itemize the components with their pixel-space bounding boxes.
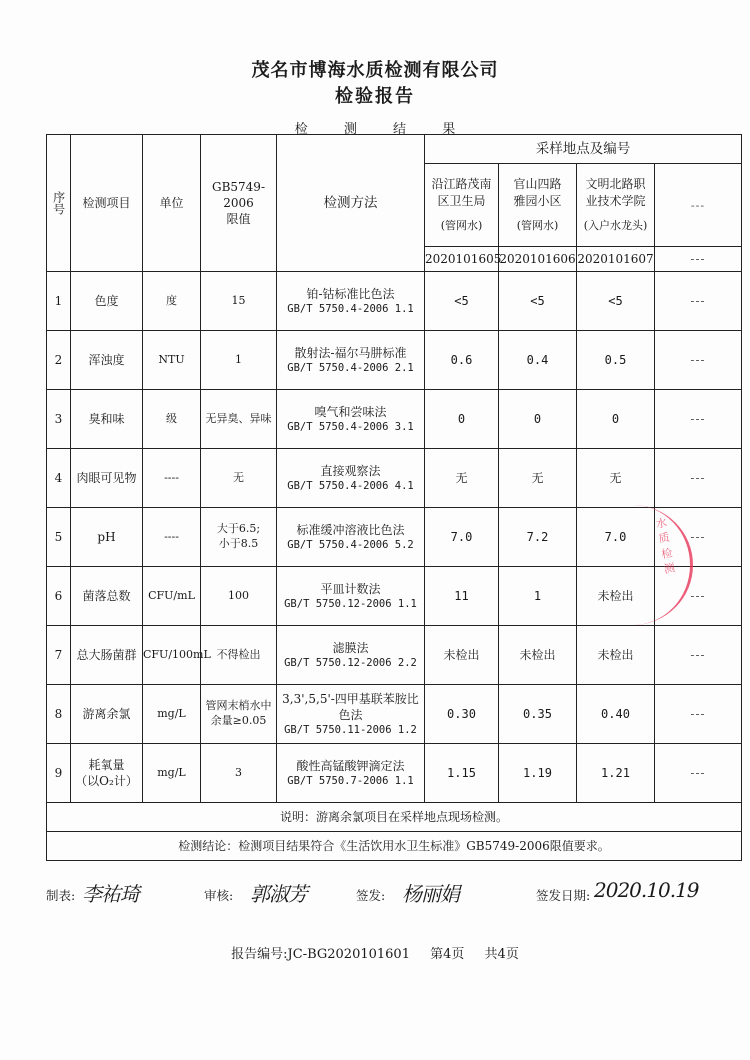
row-seq: 6 <box>47 567 71 626</box>
site-name-line2: 雅园小区 <box>499 193 576 209</box>
note: 说明：游离余氯项目在采样地点现场检测。 <box>47 803 742 832</box>
reviewed-signature: 郭淑芳 <box>250 878 307 907</box>
row-item: 浑浊度 <box>71 331 143 390</box>
site-header: 沿江路茂南区卫生局(管网水) <box>425 164 499 247</box>
result-value: 0.35 <box>499 685 577 744</box>
row-seq: 3 <box>47 390 71 449</box>
limit-line1: 不得检出 <box>201 648 276 663</box>
report-number: 报告编号:JC-BG2020101601 <box>231 947 410 962</box>
header-item: 检测项目 <box>71 135 143 272</box>
sample-code: 2020101606 <box>499 247 577 272</box>
result-value: 1 <box>499 567 577 626</box>
header-limit: GB5749-2006 限值 <box>201 135 277 272</box>
result-value: --- <box>655 685 742 744</box>
site-name-line2: 区卫生局 <box>425 193 498 209</box>
result-value: 无 <box>425 449 499 508</box>
result-value: <5 <box>577 272 655 331</box>
company-name: 茂名市博海水质检测有限公司 <box>0 56 750 82</box>
site-header: 官山四路雅园小区(管网水) <box>499 164 577 247</box>
limit-line2: 余量≥0.05 <box>201 714 276 729</box>
result-value: 0.30 <box>425 685 499 744</box>
method-name: 嗅气和尝味法 <box>277 404 424 420</box>
result-value: --- <box>655 744 742 803</box>
site-name-line1: 沿江路茂南 <box>425 176 498 192</box>
row-unit: NTU <box>143 331 201 390</box>
site-name-line1: 文明北路职 <box>577 176 654 192</box>
item-name: 色度 <box>71 293 142 309</box>
row-unit: 度 <box>143 272 201 331</box>
header-sites-group: 采样地点及编号 <box>425 135 742 164</box>
page-number: 第4页 <box>430 947 464 962</box>
row-limit: 无异臭、异味 <box>201 390 277 449</box>
item-name: 耗氧量 <box>71 757 142 773</box>
footer: 报告编号:JC-BG2020101601 第4页 共4页 <box>0 943 750 962</box>
row-item: 菌落总数 <box>71 567 143 626</box>
row-limit: 管网末梢水中余量≥0.05 <box>201 685 277 744</box>
row-item: 耗氧量（以O₂计） <box>71 744 143 803</box>
site-placeholder: --- <box>691 199 705 212</box>
table-row: 4肉眼可见物----无直接观察法GB/T 5750.4-2006 4.1无无无-… <box>47 449 742 508</box>
result-value: 0.5 <box>577 331 655 390</box>
item-name: 浑浊度 <box>71 352 142 368</box>
method-standard: GB/T 5750.12-2006 1.1 <box>277 597 424 611</box>
header-limit-standard: GB5749-2006 <box>201 179 276 211</box>
method-name: 散射法-福尔马肼标准 <box>277 345 424 361</box>
site-header: 文明北路职业技术学院(入户水龙头) <box>577 164 655 247</box>
limit-line1: 无异臭、异味 <box>201 412 276 427</box>
row-unit: CFU/100mL <box>143 626 201 685</box>
reviewed-label: 审核: <box>204 886 233 904</box>
row-seq: 1 <box>47 272 71 331</box>
sample-code: 2020101607 <box>577 247 655 272</box>
site-name-line1: 官山四路 <box>499 176 576 192</box>
limit-line1: 100 <box>201 589 276 604</box>
row-seq: 9 <box>47 744 71 803</box>
result-value: 1.15 <box>425 744 499 803</box>
sample-code: 2020101605 <box>425 247 499 272</box>
limit-line1: 1 <box>201 353 276 368</box>
result-value: --- <box>655 449 742 508</box>
row-method: 直接观察法GB/T 5750.4-2006 4.1 <box>277 449 425 508</box>
table-row: 2浑浊度NTU1散射法-福尔马肼标准GB/T 5750.4-2006 2.10.… <box>47 331 742 390</box>
method-standard: GB/T 5750.7-2006 1.1 <box>277 774 424 788</box>
site-water-type: (入户水龙头) <box>577 219 654 234</box>
row-limit: 100 <box>201 567 277 626</box>
row-seq: 2 <box>47 331 71 390</box>
signature-line: 制表: 李祐琦 审核: 郭淑芳 签发: 杨丽娟 签发日期: 2020.10.19 <box>0 880 750 920</box>
result-value: --- <box>655 272 742 331</box>
sample-code: --- <box>655 247 742 272</box>
result-value: 0 <box>577 390 655 449</box>
prepared-label: 制表: <box>46 886 75 904</box>
result-value: 0.40 <box>577 685 655 744</box>
site-name-line2: 业技术学院 <box>577 193 654 209</box>
site-water-type: (管网水) <box>425 219 498 234</box>
result-value: 未检出 <box>499 626 577 685</box>
site-header: --- <box>655 164 742 247</box>
row-item: 总大肠菌群 <box>71 626 143 685</box>
row-limit: 不得检出 <box>201 626 277 685</box>
result-value: 7.0 <box>425 508 499 567</box>
row-limit: 15 <box>201 272 277 331</box>
result-value: 7.2 <box>499 508 577 567</box>
method-standard: GB/T 5750.4-2006 4.1 <box>277 479 424 493</box>
result-value: 1.19 <box>499 744 577 803</box>
row-item: 臭和味 <box>71 390 143 449</box>
row-seq: 8 <box>47 685 71 744</box>
table-row: 3臭和味级无异臭、异味嗅气和尝味法GB/T 5750.4-2006 3.1000… <box>47 390 742 449</box>
item-name: 臭和味 <box>71 411 142 427</box>
row-limit: 3 <box>201 744 277 803</box>
results-table: 序号 检测项目 单位 GB5749-2006 限值 检测方法 采样地点及编号 沿… <box>46 134 742 861</box>
row-unit: ---- <box>143 508 201 567</box>
page-total: 共4页 <box>485 947 519 962</box>
limit-line1: 3 <box>201 766 276 781</box>
item-name: 游离余氯 <box>71 706 142 722</box>
header-unit: 单位 <box>143 135 201 272</box>
result-value: 0.4 <box>499 331 577 390</box>
limit-line1: 无 <box>201 471 276 486</box>
method-name: 铂-钴标准比色法 <box>277 286 424 302</box>
limit-line1: 管网末梢水中 <box>201 699 276 714</box>
row-limit: 大于6.5;小于8.5 <box>201 508 277 567</box>
method-standard: GB/T 5750.4-2006 1.1 <box>277 302 424 316</box>
item-name: pH <box>71 529 142 545</box>
limit-line1: 大于6.5; <box>201 522 276 537</box>
row-seq: 7 <box>47 626 71 685</box>
result-value: --- <box>655 390 742 449</box>
method-standard: GB/T 5750.4-2006 5.2 <box>277 538 424 552</box>
result-value: 0 <box>499 390 577 449</box>
result-value: --- <box>655 626 742 685</box>
method-name: 滤膜法 <box>277 640 424 656</box>
item-name: 肉眼可见物 <box>71 470 142 486</box>
site-water-type: (管网水) <box>499 219 576 234</box>
row-method: 3,3',5,5'-四甲基联苯胺比色法GB/T 5750.11-2006 1.2 <box>277 685 425 744</box>
result-value: --- <box>655 331 742 390</box>
result-value: 未检出 <box>577 626 655 685</box>
row-method: 标准缓冲溶液比色法GB/T 5750.4-2006 5.2 <box>277 508 425 567</box>
item-name: 菌落总数 <box>71 588 142 604</box>
method-name: 酸性高锰酸钾滴定法 <box>277 758 424 774</box>
conclusion: 检测结论：检测项目结果符合《生活饮用水卫生标准》GB5749-2006限值要求。 <box>47 832 742 861</box>
header-method: 检测方法 <box>277 135 425 272</box>
result-value: 0 <box>425 390 499 449</box>
header-limit-label: 限值 <box>201 211 276 227</box>
table-row: 1色度度15铂-钴标准比色法GB/T 5750.4-2006 1.1<5<5<5… <box>47 272 742 331</box>
method-standard: GB/T 5750.11-2006 1.2 <box>277 723 424 737</box>
limit-line1: 15 <box>201 294 276 309</box>
table-row: 7总大肠菌群CFU/100mL不得检出滤膜法GB/T 5750.12-2006 … <box>47 626 742 685</box>
row-item: 游离余氯 <box>71 685 143 744</box>
issued-label: 签发: <box>356 886 385 904</box>
row-unit: CFU/mL <box>143 567 201 626</box>
method-name: 直接观察法 <box>277 463 424 479</box>
row-seq: 5 <box>47 508 71 567</box>
method-standard: GB/T 5750.4-2006 2.1 <box>277 361 424 375</box>
prepared-signature: 李祐琦 <box>82 878 139 907</box>
row-unit: ---- <box>143 449 201 508</box>
result-value: 未检出 <box>425 626 499 685</box>
row-item: 肉眼可见物 <box>71 449 143 508</box>
issued-signature: 杨丽娟 <box>402 878 459 907</box>
table-row: 9耗氧量（以O₂计）mg/L3酸性高锰酸钾滴定法GB/T 5750.7-2006… <box>47 744 742 803</box>
row-method: 酸性高锰酸钾滴定法GB/T 5750.7-2006 1.1 <box>277 744 425 803</box>
row-item: pH <box>71 508 143 567</box>
row-limit: 无 <box>201 449 277 508</box>
header-seq: 序号 <box>47 135 71 272</box>
method-name: 标准缓冲溶液比色法 <box>277 522 424 538</box>
row-method: 滤膜法GB/T 5750.12-2006 2.2 <box>277 626 425 685</box>
method-name: 平皿计数法 <box>277 581 424 597</box>
report-title: 检验报告 <box>0 82 750 108</box>
result-value: 1.21 <box>577 744 655 803</box>
method-name: 3,3',5,5'-四甲基联苯胺比色法 <box>277 691 424 723</box>
method-standard: GB/T 5750.4-2006 3.1 <box>277 420 424 434</box>
result-value: <5 <box>499 272 577 331</box>
method-standard: GB/T 5750.12-2006 2.2 <box>277 656 424 670</box>
row-unit: mg/L <box>143 744 201 803</box>
item-name: 总大肠菌群 <box>71 647 142 663</box>
row-seq: 4 <box>47 449 71 508</box>
result-value: 无 <box>577 449 655 508</box>
result-value: 无 <box>499 449 577 508</box>
limit-line2: 小于8.5 <box>201 537 276 552</box>
result-value: <5 <box>425 272 499 331</box>
issue-date-label: 签发日期: <box>536 886 590 904</box>
row-unit: 级 <box>143 390 201 449</box>
row-method: 嗅气和尝味法GB/T 5750.4-2006 3.1 <box>277 390 425 449</box>
row-method: 铂-钴标准比色法GB/T 5750.4-2006 1.1 <box>277 272 425 331</box>
result-value: 11 <box>425 567 499 626</box>
item-subtitle: （以O₂计） <box>71 773 142 789</box>
row-item: 色度 <box>71 272 143 331</box>
row-limit: 1 <box>201 331 277 390</box>
row-method: 平皿计数法GB/T 5750.12-2006 1.1 <box>277 567 425 626</box>
row-unit: mg/L <box>143 685 201 744</box>
issue-date-value: 2020.10.19 <box>594 878 699 902</box>
row-method: 散射法-福尔马肼标准GB/T 5750.4-2006 2.1 <box>277 331 425 390</box>
table-row: 8游离余氯mg/L管网末梢水中余量≥0.053,3',5,5'-四甲基联苯胺比色… <box>47 685 742 744</box>
result-value: 0.6 <box>425 331 499 390</box>
